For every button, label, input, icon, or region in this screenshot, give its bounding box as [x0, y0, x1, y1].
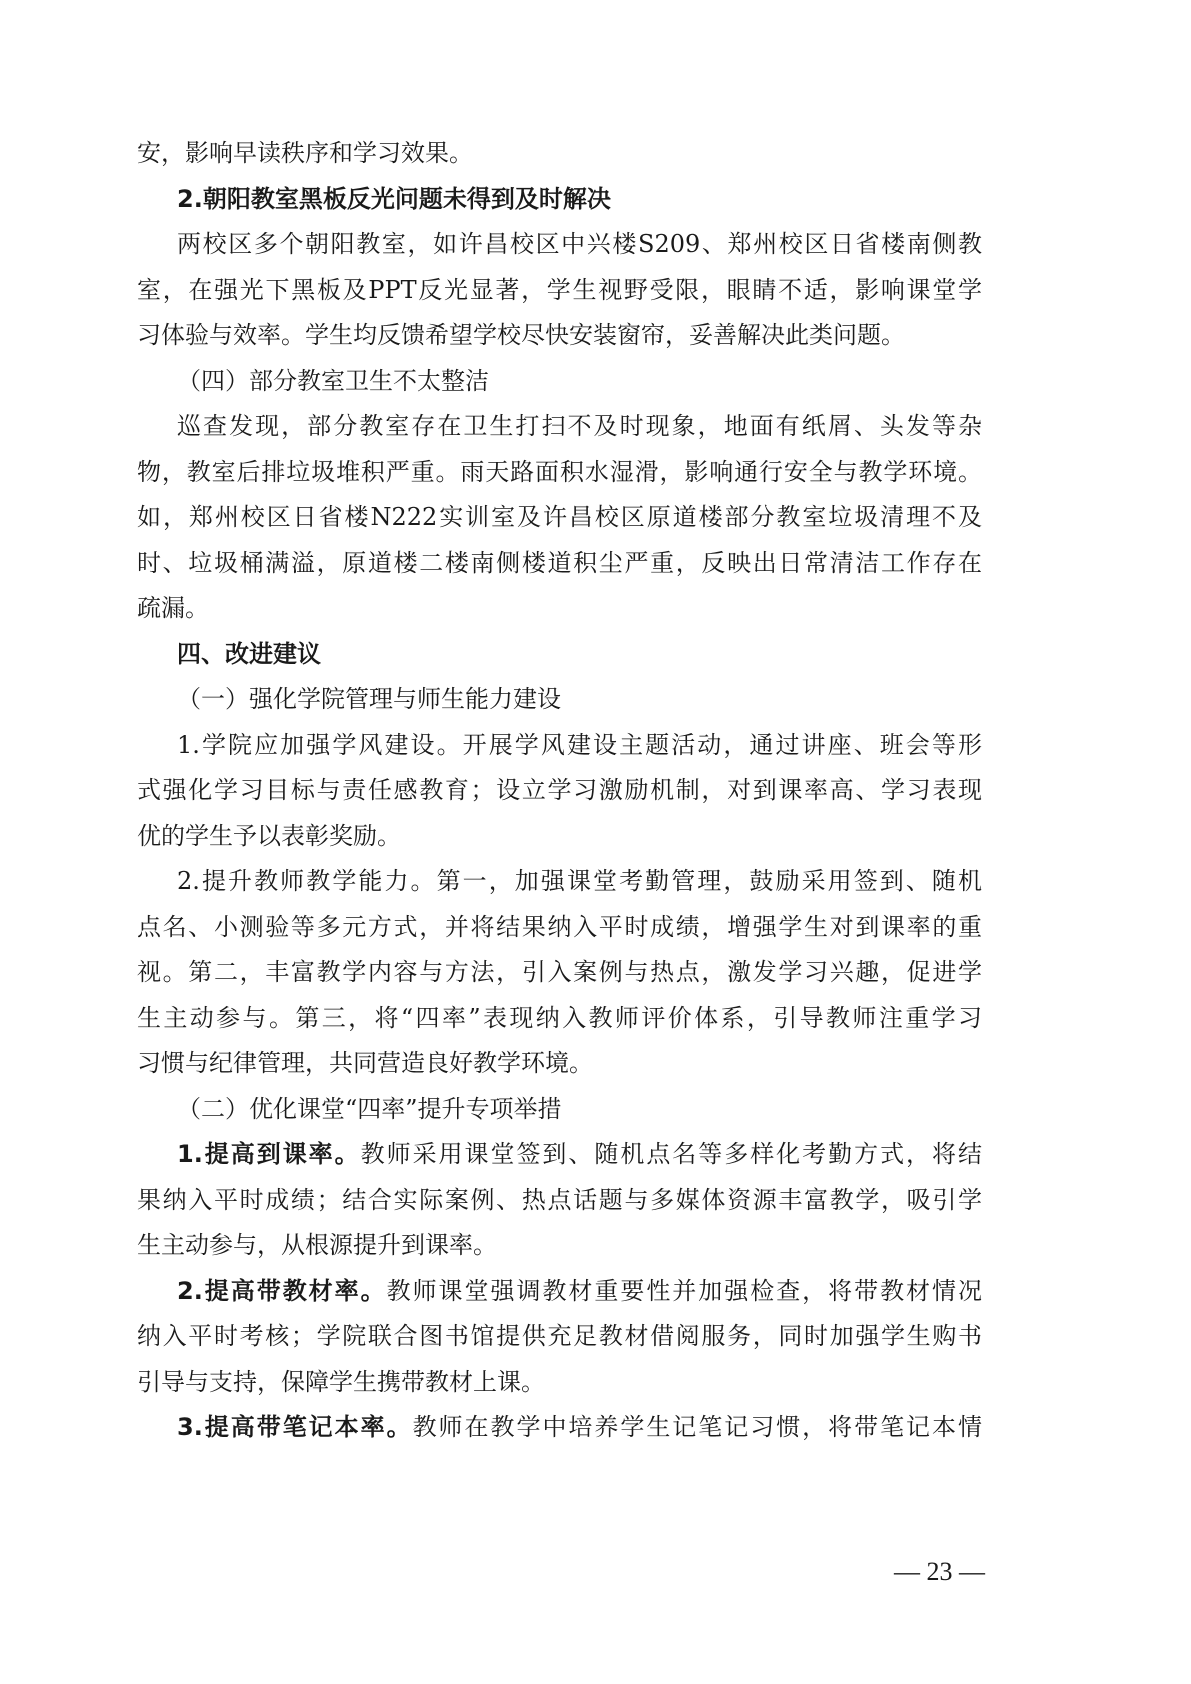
- paragraph-line: 3.提高带笔记本率。教师在教学中培养学生记笔记习惯，将带笔记本情: [177, 1404, 982, 1450]
- paragraph-line: 生主动参与。第三，将“四率”表现纳入教师评价体系，引导教师注重学习: [137, 995, 982, 1041]
- item-body: 教师采用课堂签到、随机点名等多样化考勤方式，将结: [361, 1140, 982, 1168]
- paragraph-line: 纳入平时考核；学院联合图书馆提供充足教材借阅服务，同时加强学生购书: [137, 1313, 982, 1359]
- paragraph-line: 生主动参与，从根源提升到课率。: [137, 1222, 982, 1268]
- paragraph-line: 引导与支持，保障学生携带教材上课。: [137, 1359, 982, 1405]
- paragraph-line: 2.提高带教材率。教师课堂强调教材重要性并加强检查，将带教材情况: [177, 1268, 982, 1314]
- item-title-attendance: 1.提高到课率。: [177, 1140, 361, 1168]
- item-title-notebook: 3.提高带笔记本率。: [177, 1413, 413, 1441]
- paragraph-line: 巡查发现，部分教室存在卫生打扫不及时现象，地面有纸屑、头发等杂: [177, 403, 982, 449]
- paragraph-line: 习惯与纪律管理，共同营造良好教学环境。: [137, 1040, 982, 1086]
- paragraph-line: 点名、小测验等多元方式，并将结果纳入平时成绩，增强学生对到课率的重: [137, 904, 982, 950]
- subsection-heading-four-rates: （二）优化课堂“四率”提升专项举措: [177, 1086, 982, 1132]
- item-body: 教师在教学中培养学生记笔记习惯，将带笔记本情: [413, 1413, 982, 1441]
- paragraph-line: 两校区多个朝阳教室，如许昌校区中兴楼S209、郑州校区日省楼南侧教: [177, 221, 982, 267]
- subsection-heading-hygiene: （四）部分教室卫生不太整洁: [177, 358, 982, 404]
- document-page: 安，影响早读秩序和学习效果。 2.朝阳教室黑板反光问题未得到及时解决 两校区多个…: [0, 0, 1191, 1684]
- paragraph-line: 疏漏。: [137, 585, 982, 631]
- paragraph-line: 室，在强光下黑板及PPT反光显著，学生视野受限，眼睛不适，影响课堂学: [137, 267, 982, 313]
- chapter-heading-suggestions: 四、改进建议: [177, 631, 982, 677]
- item-title-textbook: 2.提高带教材率。: [177, 1277, 387, 1305]
- paragraph-line: 2.提升教师教学能力。第一，加强课堂考勤管理，鼓励采用签到、随机: [177, 858, 982, 904]
- paragraph-line: 习体验与效率。学生均反馈希望学校尽快安装窗帘，妥善解决此类问题。: [137, 312, 982, 358]
- paragraph-continuation: 安，影响早读秩序和学习效果。: [137, 130, 982, 176]
- paragraph-line: 式强化学习目标与责任感教育；设立学习激励机制，对到课率高、学习表现: [137, 767, 982, 813]
- paragraph-line: 果纳入平时成绩；结合实际案例、热点话题与多媒体资源丰富教学，吸引学: [137, 1177, 982, 1223]
- paragraph-line: 时、垃圾桶满溢，原道楼二楼南侧楼道积尘严重，反映出日常清洁工作存在: [137, 540, 982, 586]
- item-body: 教师课堂强调教材重要性并加强检查，将带教材情况: [387, 1277, 982, 1305]
- section-heading-blackboard-glare: 2.朝阳教室黑板反光问题未得到及时解决: [177, 176, 982, 222]
- page-number: — 23 —: [860, 1552, 985, 1592]
- paragraph-line: 1.学院应加强学风建设。开展学风建设主题活动，通过讲座、班会等形: [177, 722, 982, 768]
- paragraph-line: 物，教室后排垃圾堆积严重。雨天路面积水湿滑，影响通行安全与教学环境。: [137, 449, 982, 495]
- paragraph-line: 1.提高到课率。教师采用课堂签到、随机点名等多样化考勤方式，将结: [177, 1131, 982, 1177]
- paragraph-line: 视。第二，丰富教学内容与方法，引入案例与热点，激发学习兴趣，促进学: [137, 949, 982, 995]
- subsection-heading-management: （一）强化学院管理与师生能力建设: [177, 676, 982, 722]
- paragraph-line: 如，郑州校区日省楼N222实训室及许昌校区原道楼部分教室垃圾清理不及: [137, 494, 982, 540]
- paragraph-line: 优的学生予以表彰奖励。: [137, 813, 982, 859]
